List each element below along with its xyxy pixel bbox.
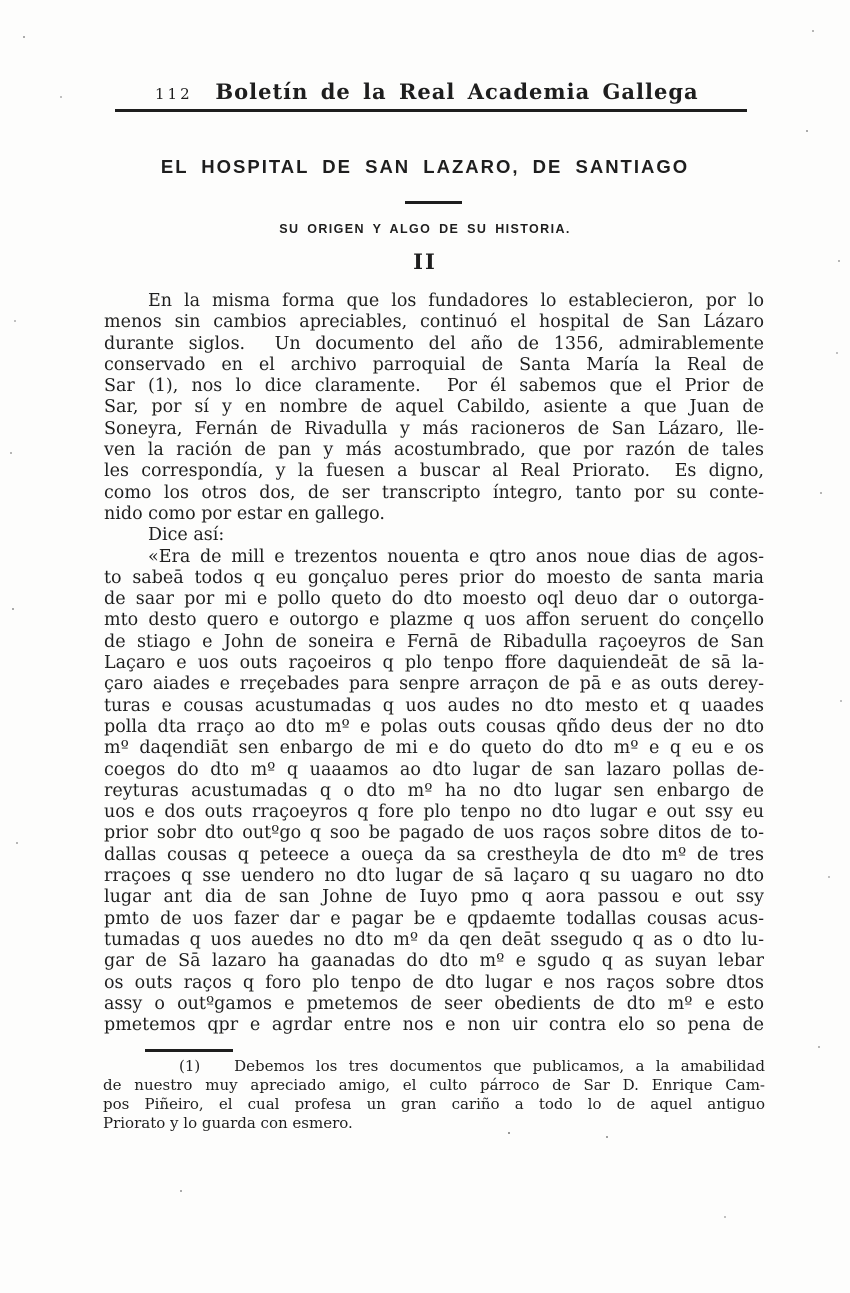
text-line: pmetemos qpr e agrdar entre nos e non ui…: [104, 1015, 764, 1036]
text-line: coegos do dto mº q uaaamos ao dto lugar …: [104, 760, 764, 781]
text-line: turas e cousas acustumadas q uos audes n…: [104, 696, 764, 717]
text-line: lugar ant dia de san Johne de Iuyo pmo q…: [104, 887, 764, 908]
text-line: les correspondía, y la fuesen a buscar a…: [104, 461, 764, 482]
text-line: En la misma forma que los fundadores lo …: [104, 291, 764, 312]
text-line: mto desto quero e outorgo e plazme q uos…: [104, 610, 764, 631]
text-line: uos e dos outs rraçoeyros q fore plo ten…: [104, 802, 764, 823]
dice-asi-paragraph: Dice así:: [104, 525, 764, 546]
text-line: prior sobr dto outºgo q soo be pagado de…: [104, 823, 764, 844]
scan-noise: [0, 0, 2, 2]
text-line: polla dta rraço ao dto mº e polas outs c…: [104, 717, 764, 738]
transcript-paragraph: «Era de mill e trezentos nouenta e qtro …: [104, 547, 764, 1037]
text-line: reyturas acustumadas q o dto mº ha no dt…: [104, 781, 764, 802]
footnote-rule: [145, 1049, 233, 1052]
text-line: Soneyra, Fernán de Rivadulla y más racio…: [104, 419, 764, 440]
text-line: assy o outºgamos e pmetemos de seer obed…: [104, 994, 764, 1015]
text-line: nido como por estar en gallego.: [104, 504, 764, 525]
journal-title: Boletín de la Real Academia Gallega: [215, 79, 698, 104]
text-line: «Era de mill e trezentos nouenta e qtro …: [104, 547, 764, 568]
text-line: Priorato y lo guarda con esmero.: [103, 1114, 765, 1133]
text-line: menos sin cambios apreciables, continuó …: [104, 312, 764, 333]
text-line: Dice así:: [104, 525, 764, 546]
text-line: dallas cousas q peteece a oueça da sa cr…: [104, 845, 764, 866]
scanned-page: 112 Boletín de la Real Academia Gallega …: [0, 0, 850, 1293]
text-line: os outs raços q foro plo tenpo de dto lu…: [104, 973, 764, 994]
page-header: 112 Boletín de la Real Academia Gallega: [115, 79, 747, 107]
text-line: (1) Debemos los tres documentos que publ…: [103, 1057, 765, 1076]
text-line: de saar por mi e pollo queto do dto moes…: [104, 589, 764, 610]
text-line: Sar, por sí y en nombre de aquel Cabildo…: [104, 397, 764, 418]
article-subtitle: SU ORIGEN Y ALGO DE SU HISTORIA.: [0, 222, 850, 236]
text-line: çaro aiades e rreçebades para senpre arr…: [104, 674, 764, 695]
text-column: En la misma forma que los fundadores lo …: [104, 291, 764, 1036]
page-number: 112: [155, 85, 193, 103]
text-line: pos Piñeiro, el cual profesa un gran car…: [103, 1095, 765, 1114]
text-line: pmto de uos fazer dar e pagar be e qpdae…: [104, 909, 764, 930]
text-line: rraçoes q sse uendero no dto lugar de sā…: [104, 866, 764, 887]
text-line: tumadas q uos auedes no dto mº da qen de…: [104, 930, 764, 951]
intro-paragraph: En la misma forma que los fundadores lo …: [104, 291, 764, 525]
text-line: durante siglos. Un documento del año de …: [104, 334, 764, 355]
text-line: como los otros dos, de ser transcripto í…: [104, 483, 764, 504]
article-title: EL HOSPITAL DE SAN LAZARO, DE SANTIAGO: [0, 156, 850, 178]
text-line: conservado en el archivo parroquial de S…: [104, 355, 764, 376]
text-line: Laçaro e uos outs raçoeiros q plo tenpo …: [104, 653, 764, 674]
text-line: gar de Sā lazaro ha gaanadas do dto mº e…: [104, 951, 764, 972]
text-line: mº daqendiāt sen enbargo de mi e do quet…: [104, 738, 764, 759]
text-line: de stiago e John de soneira e Fernā de R…: [104, 632, 764, 653]
footnote: (1) Debemos los tres documentos que publ…: [103, 1057, 765, 1133]
section-numeral: II: [0, 249, 850, 274]
title-divider: [405, 201, 462, 204]
header-rule: [115, 109, 747, 112]
text-line: ven la ración de pan y más acostumbrado,…: [104, 440, 764, 461]
text-line: Sar (1), nos lo dice claramente. Por él …: [104, 376, 764, 397]
text-line: de nuestro muy apreciado amigo, el culto…: [103, 1076, 765, 1095]
text-line: to sabeā todos q eu gonçaluo peres prior…: [104, 568, 764, 589]
